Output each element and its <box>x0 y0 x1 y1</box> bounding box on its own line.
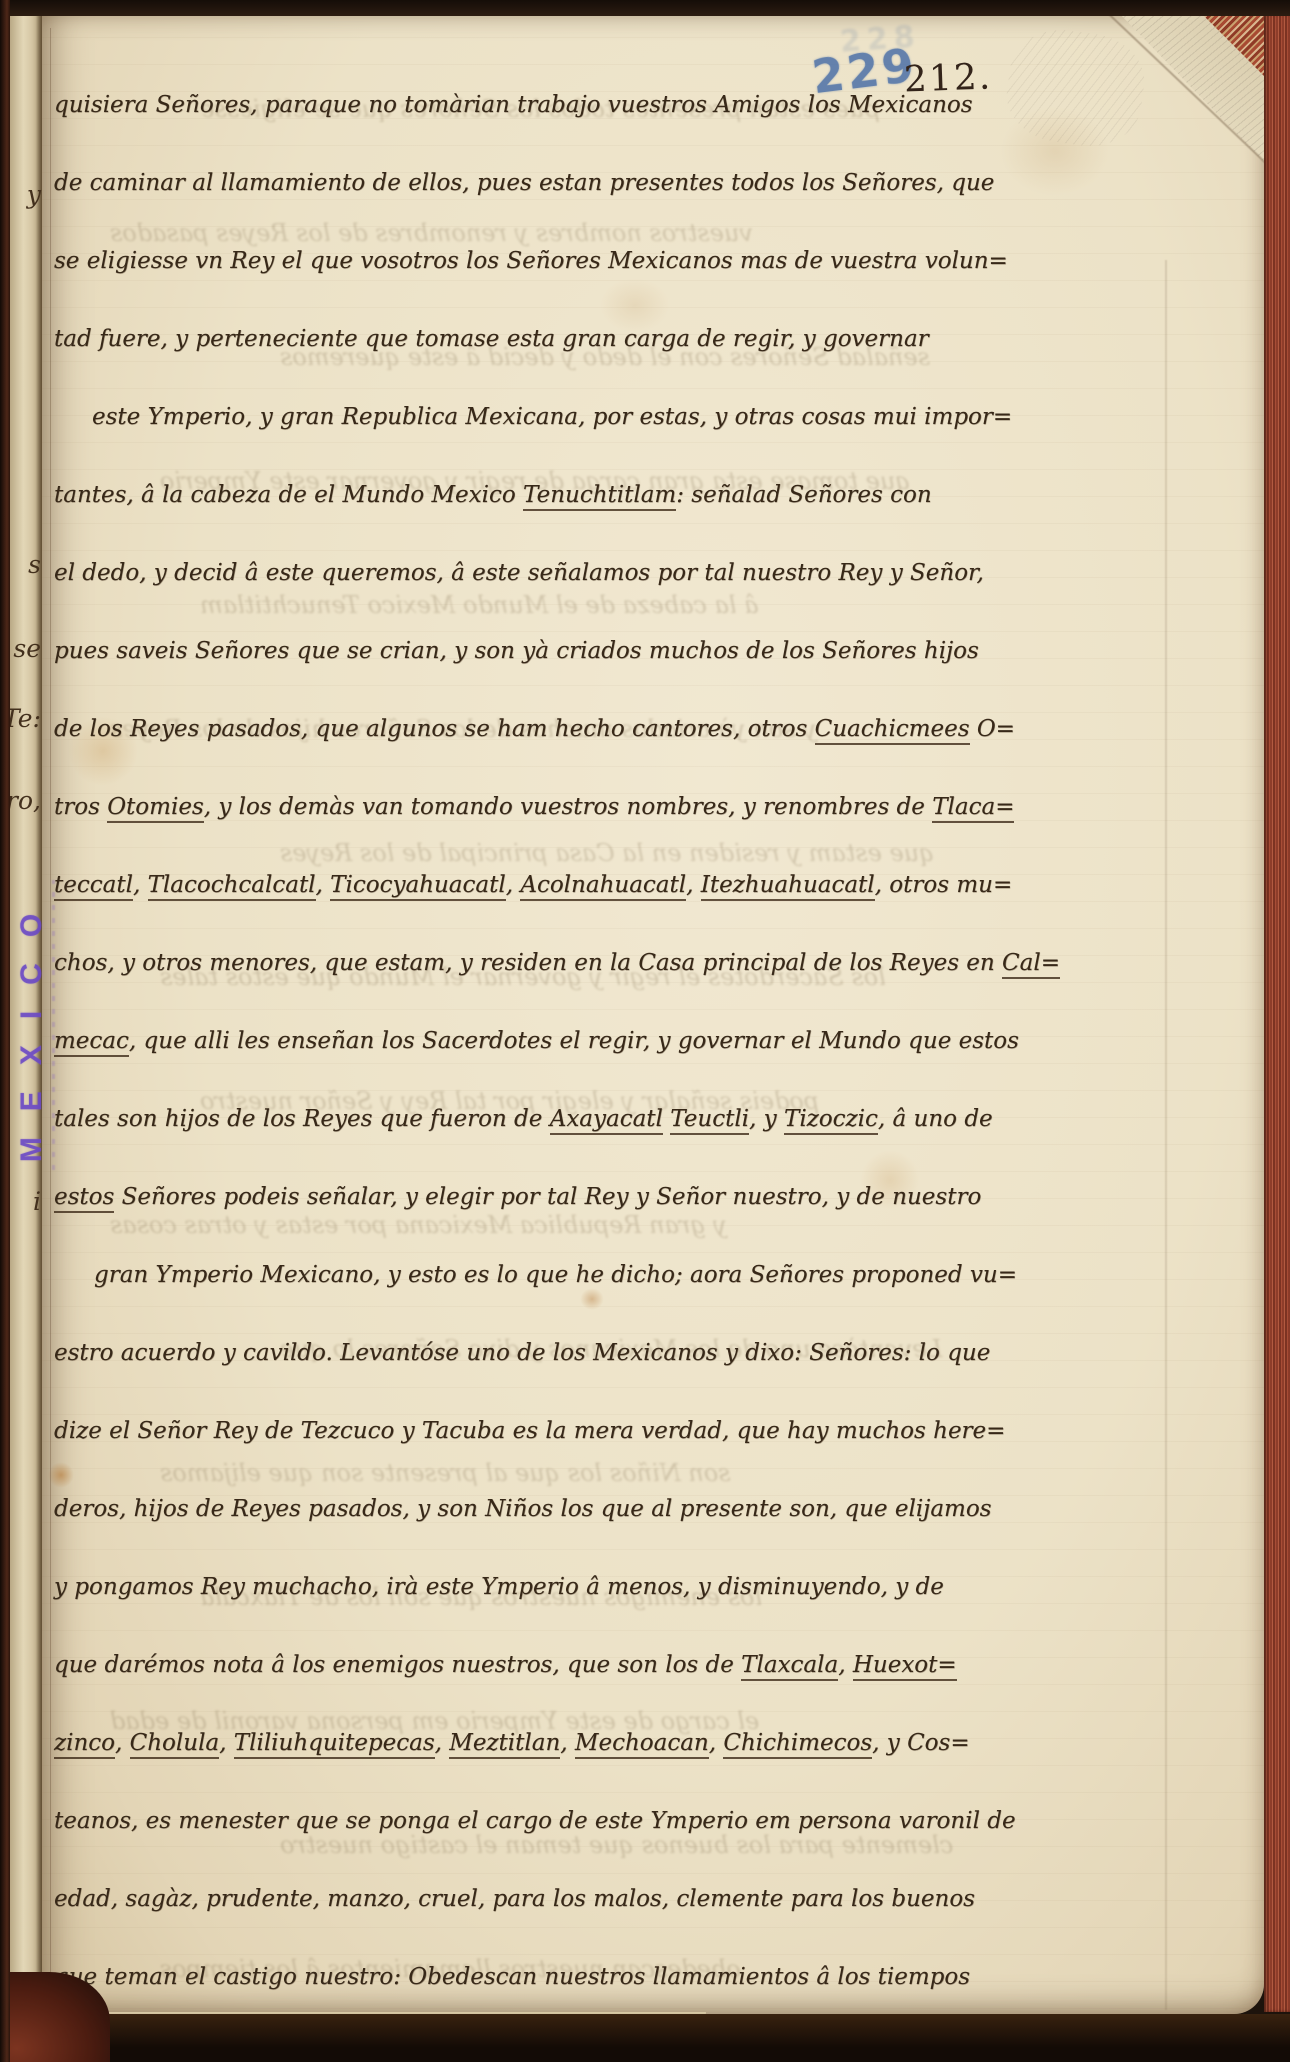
manuscript-line: que teman el castigo nuestro: Obedescan … <box>54 1938 1244 2014</box>
manuscript-line: chos, y otros menores, que estam, y resi… <box>54 924 1244 1002</box>
text-block: quisiera Señores, paraque no tomàrian tr… <box>54 66 1244 2014</box>
book-spread: ysseTe:ro,i pues estan presentes todos l… <box>0 0 1290 2062</box>
manuscript-line: mecac, que alli les enseñan los Sacerdot… <box>54 1002 1244 1080</box>
manuscript-line: edad, sagàz, prudente, manzo, cruel, par… <box>54 1860 1244 1938</box>
manuscript-line: tad fuere, y perteneciente que tomase es… <box>54 300 1244 378</box>
manuscript-line: de caminar al llamamiento de ellos, pues… <box>54 144 1244 222</box>
gutter-text-fragment: s <box>28 550 41 579</box>
manuscript-line: gran Ymperio Mexicano, y esto es lo que … <box>54 1236 1244 1314</box>
manuscript-line: estro acuerdo y cavildo. Levantóse uno d… <box>54 1314 1244 1392</box>
manuscript-line: dize el Señor Rey de Tezcuco y Tacuba es… <box>54 1392 1244 1470</box>
fore-edge-pages <box>1264 14 1290 2012</box>
manuscript-line: zinco, Cholula, Tliliuhquitepecas, Mezti… <box>54 1704 1244 1782</box>
manuscript-line: teanos, es menester que se ponga el carg… <box>54 1782 1244 1860</box>
manuscript-line: estos Señores podeis señalar, y elegir p… <box>54 1158 1244 1236</box>
manuscript-line: y pongamos Rey muchacho, irà este Ymperi… <box>54 1548 1244 1626</box>
binding-bottom <box>0 2014 1290 2062</box>
gutter-text-fragment: ro, <box>6 786 41 815</box>
binding-top <box>0 0 1290 16</box>
manuscript-line: este Ymperio, y gran Republica Mexicana,… <box>54 378 1244 456</box>
manuscript-page: pues estan presentes todos los Señores q… <box>40 10 1264 2014</box>
gutter-text-fragment: se <box>13 634 41 663</box>
manuscript-line: tales son hijos de los Reyes que fueron … <box>54 1080 1244 1158</box>
manuscript-line: pues saveis Señores que se crian, y son … <box>54 612 1244 690</box>
gutter-text-fragment: i <box>33 1187 41 1216</box>
gutter-text-fragment: y <box>27 180 41 209</box>
manuscript-line: tros Otomies, y los demàs van tomando vu… <box>54 768 1244 846</box>
ink-page-number: 212. <box>903 56 993 100</box>
manuscript-line: de los Reyes pasados, que algunos se ham… <box>54 690 1244 768</box>
manuscript-line: quisiera Señores, paraque no tomàrian tr… <box>54 66 1244 144</box>
mexico-stamp-secondary <box>52 880 55 1170</box>
manuscript-line: teccatl, Tlacochcalcatl, Ticocyahuacatl,… <box>54 846 1244 924</box>
manuscript-line: se eligiesse vn Rey el que vosotros los … <box>54 222 1244 300</box>
manuscript-line: tantes, â la cabeza de el Mundo Mexico T… <box>54 456 1244 534</box>
manuscript-line: deros, hijos de Reyes pasados, y son Niñ… <box>54 1470 1244 1548</box>
book-spine <box>0 0 10 2062</box>
manuscript-line: que darémos nota â los enemigos nuestros… <box>54 1626 1244 1704</box>
manuscript-line: el dedo, y decid â este queremos, â este… <box>54 534 1244 612</box>
